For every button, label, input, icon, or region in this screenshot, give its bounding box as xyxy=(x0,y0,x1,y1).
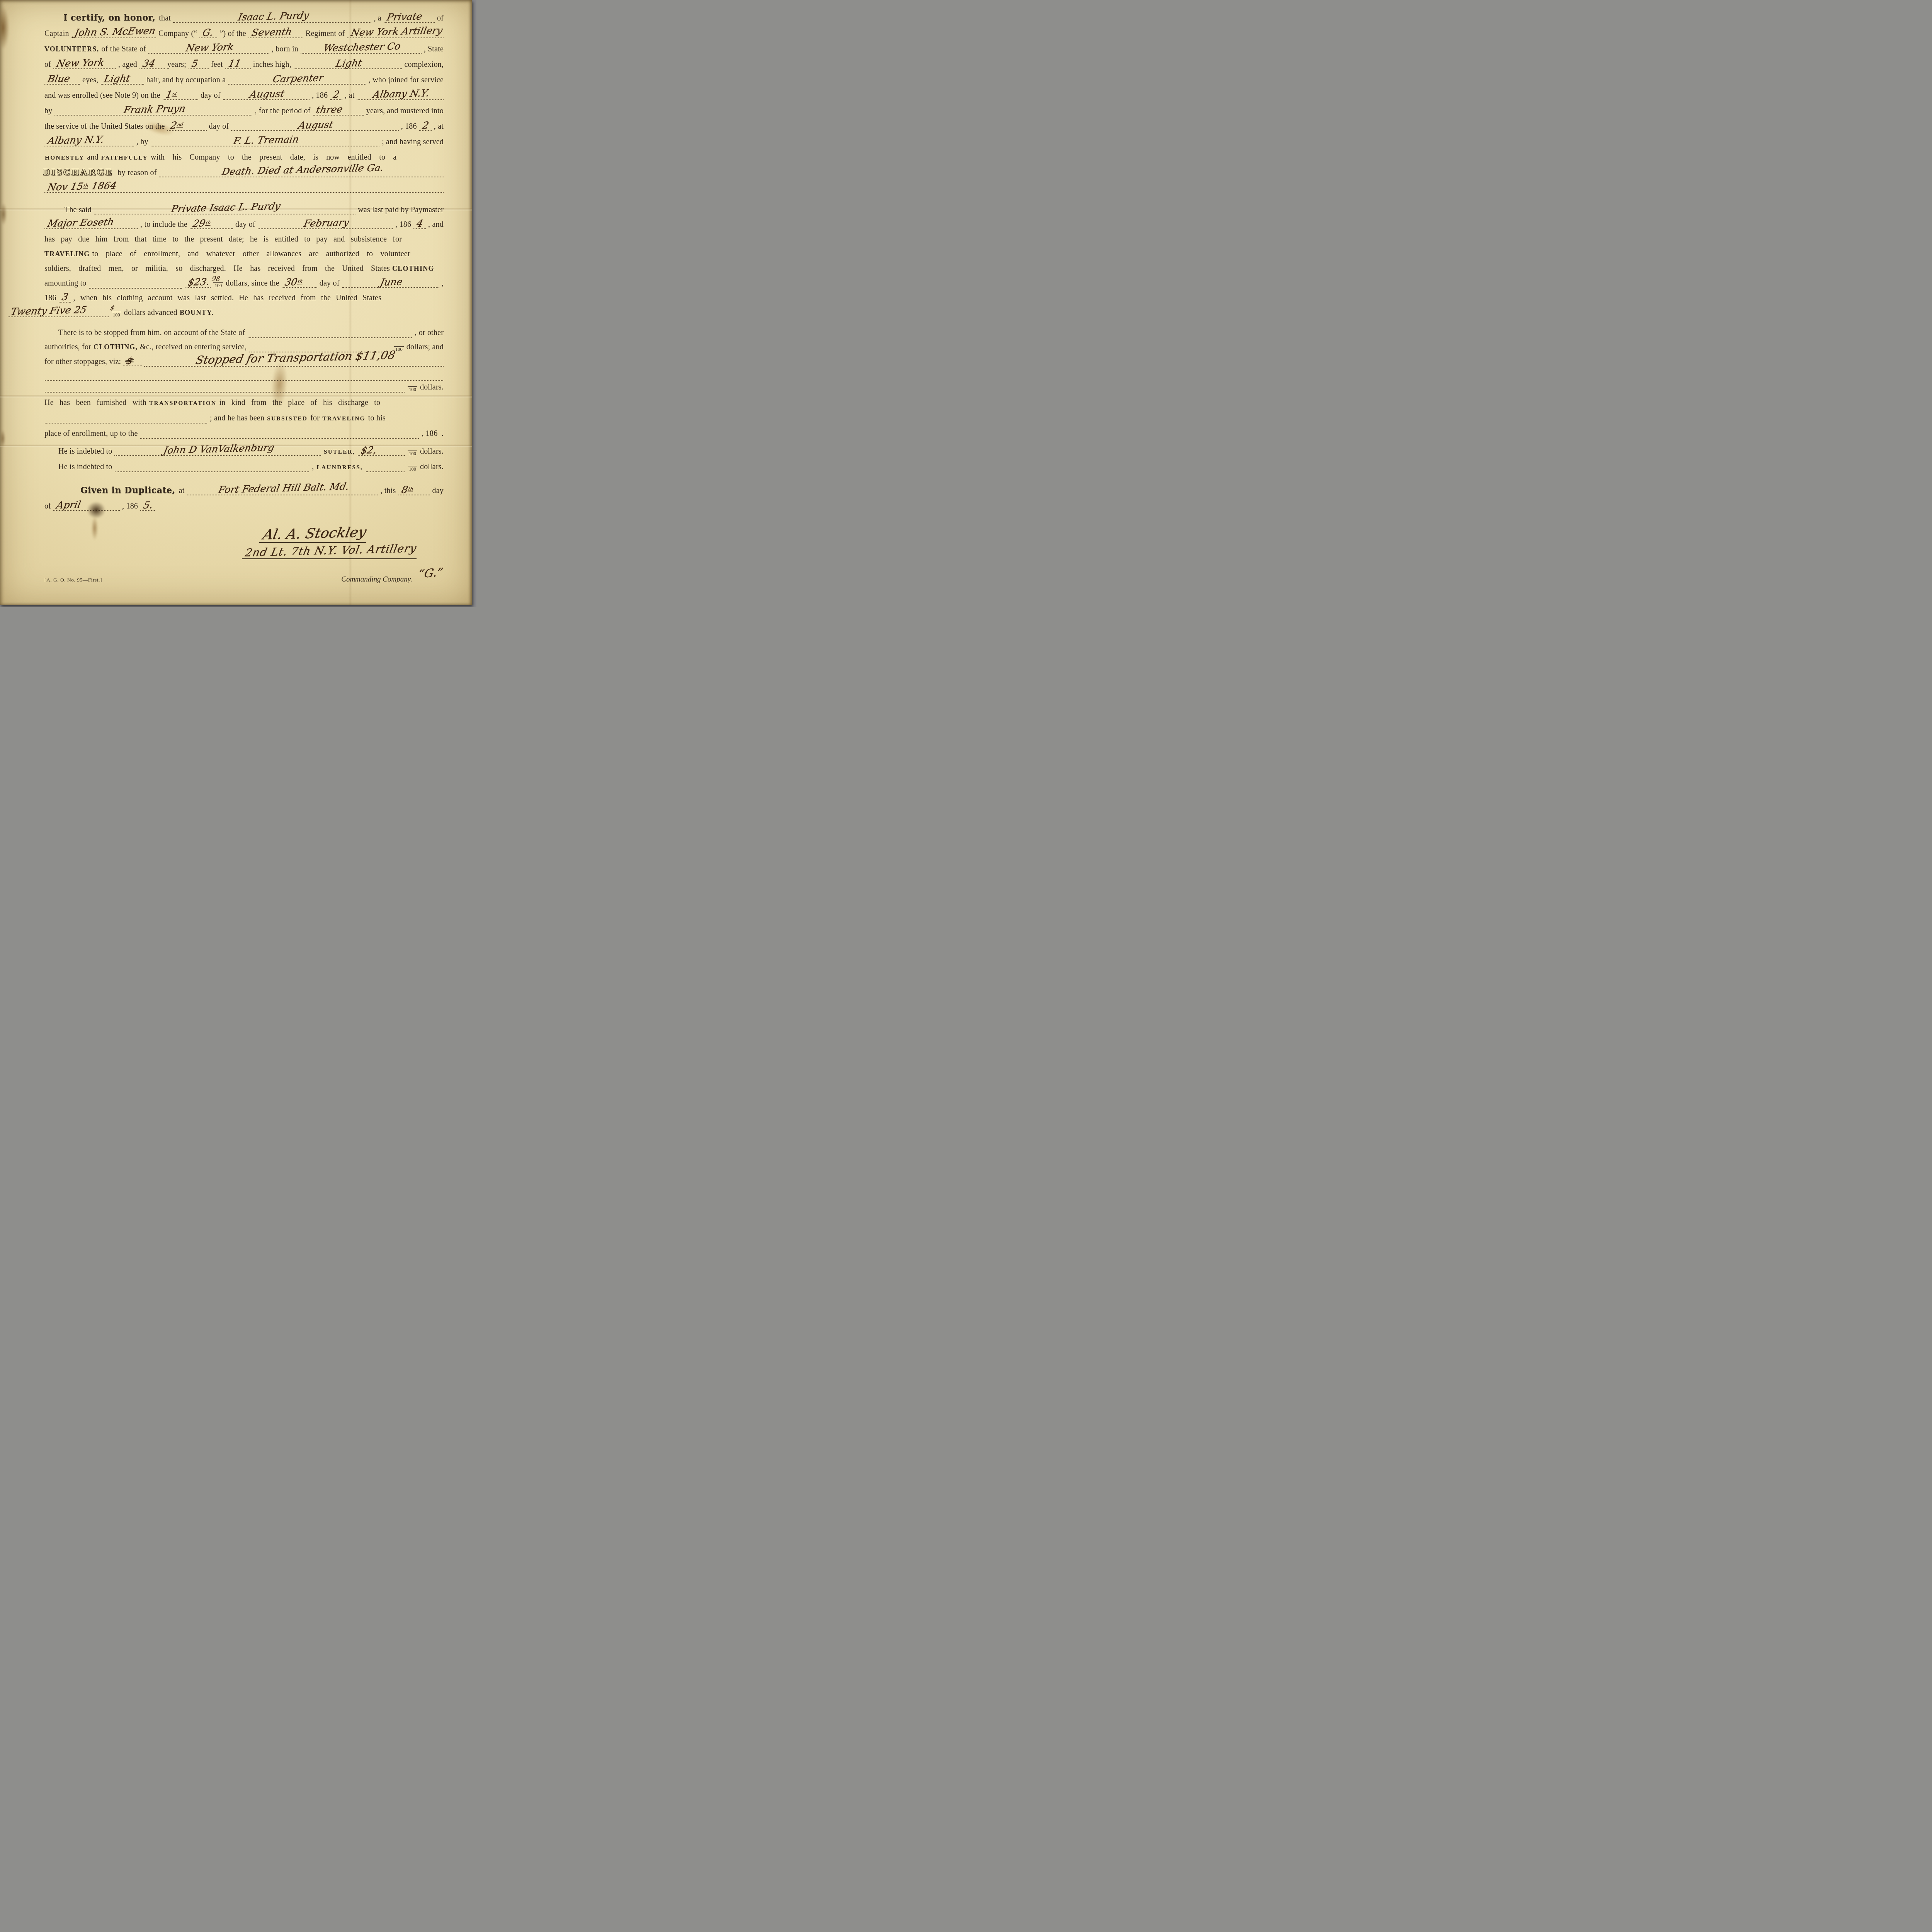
line-2-0: There is to be stopped from him, on acco… xyxy=(43,325,445,339)
print-text: ; and he has been xyxy=(210,414,264,423)
hw-main: Westchester Co xyxy=(323,41,402,54)
certify-paragraph: I certify, on honor,thatIsaac L. Purdy, … xyxy=(43,10,445,196)
print-text: of xyxy=(437,14,444,23)
print-text: inches high, xyxy=(253,60,291,69)
mustering-officer: F. L. Tremain xyxy=(151,136,379,146)
handwriting-text: $23. xyxy=(187,277,211,287)
hw-main: Seventh xyxy=(250,26,293,38)
print-text: The said xyxy=(65,206,92,214)
hw-main: Isaac L. Purdy xyxy=(237,10,310,23)
fraction-denominator: 100 xyxy=(408,466,417,472)
blank-line: ​ xyxy=(45,414,207,423)
print-text: Company (“ xyxy=(158,29,197,38)
issue-paragraph: Given in Duplicate,atFort Federal Hill B… xyxy=(43,483,445,514)
fraction-denominator: 100 xyxy=(408,451,417,456)
pay-paragraph: The saidPrivate Isaac L. Purdywas last p… xyxy=(43,202,445,319)
line-0-8: Albany N.Y., byF. L. Tremain; and having… xyxy=(43,134,445,149)
print-text: Captain xyxy=(44,29,69,38)
hw-main: February xyxy=(303,217,350,229)
handwriting-text: Light xyxy=(103,73,131,84)
blank-line: ​ xyxy=(45,383,405,393)
print-text: ; and having served xyxy=(382,138,444,146)
handwriting-text: 11 xyxy=(228,58,242,68)
hw-main: Private xyxy=(386,11,423,23)
discharge-reason: Death. Died at Andersonville Ga. xyxy=(159,167,444,177)
hw-main: 29 xyxy=(192,218,207,229)
line-1-3: TRAVELINGto place of enrollment, and wha… xyxy=(43,246,445,260)
said-soldier: Private Isaac L. Purdy xyxy=(94,204,355,214)
complexion: Light xyxy=(294,59,402,69)
handwriting-text: Major Eoseth xyxy=(47,217,115,228)
issue-day: 8th xyxy=(398,485,430,495)
handwriting-text: New York xyxy=(56,58,105,68)
print-text: at xyxy=(179,486,185,495)
eye-color: Blue xyxy=(44,74,80,85)
print-text: , aged xyxy=(118,60,137,69)
clothing2-label: CLOTHING, xyxy=(94,343,138,351)
line-2-5: He has been furnished withTRANSPORTATION… xyxy=(43,395,445,410)
issue-year-digit: 5. xyxy=(140,500,155,511)
print-text: dollars; and xyxy=(406,343,444,352)
print-text: complexion, xyxy=(404,60,444,69)
print-text: , 186 xyxy=(122,502,138,511)
print-text: eyes, xyxy=(82,76,99,85)
handwriting-text: Al. A. Stockley xyxy=(262,526,367,542)
line-0-6: byFrank Pruyn, for the period ofthreeyea… xyxy=(43,103,445,118)
handwriting-text: Albany N.Y. xyxy=(372,88,430,99)
print-text: , or other xyxy=(415,328,444,337)
handwriting-text: Nov 15th 1864 xyxy=(47,180,117,192)
print-text: , for the period of xyxy=(255,107,310,116)
hw-main: John D VanValkenburg xyxy=(163,442,276,456)
enrolling-officer: Frank Pruyn xyxy=(54,105,252,116)
handwriting-text: 2 xyxy=(422,121,430,130)
state: New York xyxy=(148,43,269,54)
blank-line: ​ xyxy=(89,279,182,289)
muster-year-digit: 2 xyxy=(419,121,432,131)
print-text: dollars, since the xyxy=(226,279,279,288)
fraction-denominator: 100 xyxy=(408,386,417,392)
print-text: He is indebted to xyxy=(58,447,112,456)
fraction-100: 100 xyxy=(408,447,417,456)
print-text: to his xyxy=(368,414,386,423)
blank-line: ​ xyxy=(115,463,309,472)
print-text: , State xyxy=(424,45,444,54)
print-text: 186 xyxy=(44,294,56,303)
paymaster: Major Eoseth xyxy=(44,219,138,229)
line-0-3: ofNew York, aged34years;5feet11inches hi… xyxy=(43,56,445,72)
handwriting-text: April xyxy=(56,500,82,510)
hw-main: Frank Pruyn xyxy=(123,103,187,116)
handwriting-text: $2, xyxy=(360,445,378,455)
print-text: , when his clothing account was last set… xyxy=(73,294,382,303)
faithfully-label: FAITHFULLY xyxy=(101,155,148,162)
ordinal-suffix: nd xyxy=(176,122,184,128)
print-text: , born in xyxy=(272,45,298,54)
enroll-year-digit: 2 xyxy=(330,90,342,100)
print-text: , xyxy=(312,463,314,471)
ordinal-suffix: th xyxy=(297,279,304,284)
hw-main: Albany N.Y. xyxy=(47,134,105,146)
print-text: feet xyxy=(211,60,223,69)
hw-main: 5 xyxy=(191,58,199,69)
line-5-0: [A. G. O. No. 95—First.]Commanding Compa… xyxy=(43,571,445,584)
print-text: by reason of xyxy=(117,168,156,177)
handwriting-text: Light xyxy=(335,58,363,68)
line-2-2: for other stoppages, viz:$Stopped for Tr… xyxy=(43,353,445,367)
hw-main: Light xyxy=(335,57,363,69)
print-text: to place of enrollment, and whatever oth… xyxy=(92,250,410,259)
handwriting-text: 8th xyxy=(401,485,415,495)
honestly-label: HONESTLY xyxy=(45,155,84,162)
hw-main: New York xyxy=(185,41,235,54)
fraction-100: 100 xyxy=(408,463,417,471)
print-text: , 186 xyxy=(312,91,328,100)
handwriting-text: $ xyxy=(126,356,134,366)
rank: Private xyxy=(384,12,435,23)
print-text: , this xyxy=(380,486,396,495)
print-text: that xyxy=(159,14,171,23)
enroll-place: Albany N.Y. xyxy=(357,90,444,100)
hw-main: Major Eoseth xyxy=(47,216,115,229)
hw-main: Light xyxy=(103,73,131,85)
print-text: of the State of xyxy=(101,45,146,54)
print-text: day of xyxy=(320,279,340,288)
print-text: dollars. xyxy=(420,447,444,456)
fraction-100: 100 xyxy=(408,383,417,392)
hw-main: 4 xyxy=(416,218,424,229)
commanding-company-letter: “G.” xyxy=(415,572,444,584)
hw-main: June xyxy=(379,276,404,288)
handwriting-text: Westchester Co xyxy=(323,41,401,53)
signature-title: 2nd Lt. 7th N.Y. Vol. Artillery xyxy=(242,548,417,559)
clothing-cents: 98100 xyxy=(213,279,223,288)
hw-main: New York xyxy=(56,57,105,69)
line-0-2: VOLUNTEERS,of the State ofNew York, born… xyxy=(43,41,445,56)
hw-main: Death. Died at Andersonville Ga. xyxy=(221,162,384,177)
handwriting-text: G. xyxy=(202,27,214,37)
hw-main: three xyxy=(315,104,344,116)
hw-main: 34 xyxy=(142,58,156,69)
line-2-7: place of enrollment, up to the​, 186 . xyxy=(43,425,445,441)
commanding-company-label: Commanding Company. xyxy=(341,575,412,584)
soldier-name: Isaac L. Purdy xyxy=(173,12,371,23)
print-text: years, and mustered into xyxy=(366,107,444,116)
handwriting-text: Death. Died at Andersonville Ga. xyxy=(221,163,385,177)
handwriting-text: John D VanValkenburg xyxy=(163,443,275,455)
line-1-1: Major Eoseth, to include the29thday ofFe… xyxy=(43,216,445,231)
print-text: years; xyxy=(167,60,186,69)
handwriting-text: Isaac L. Purdy xyxy=(237,10,310,22)
bounty-label: BOUNTY. xyxy=(180,309,214,317)
ordinal-suffix: th xyxy=(407,486,414,492)
line-0-11: Nov 15th 1864 xyxy=(43,180,445,196)
print-text: , to include the xyxy=(140,220,187,229)
hw-main: “G.” xyxy=(417,566,444,581)
line-2-4: ​100dollars. xyxy=(43,379,445,392)
certify-heading: I certify, on honor, xyxy=(63,13,155,23)
handwriting-text: 5. xyxy=(143,500,154,510)
ordinal-suffix: st xyxy=(172,91,178,97)
print-text: &c., received on entering service, xyxy=(140,343,247,352)
line-2-8: He is indebted toJohn D VanValkenburgSUT… xyxy=(43,443,445,459)
stoppage-note: Stopped for Transportation $11,08 xyxy=(144,355,444,367)
hw-main: 2 xyxy=(332,89,341,100)
age: 34 xyxy=(139,59,165,69)
form-number: [A. G. O. No. 95—First.] xyxy=(44,577,102,583)
hw-main: 11 xyxy=(227,58,242,69)
handwriting-text: 2nd xyxy=(170,120,185,130)
line-0-7: the service of the United States on the2… xyxy=(43,118,445,134)
handwriting-text: New York xyxy=(185,42,235,53)
sutler-label: SUTLER, xyxy=(324,449,355,456)
print-text: dollars. xyxy=(420,463,444,471)
issue-place: Fort Federal Hill Balt. Md. xyxy=(187,485,378,495)
line-4-1: 2nd Lt. 7th N.Y. Vol. Artillery xyxy=(43,546,418,564)
line-0-1: CaptainJohn S. McEwenCompany (“G.”) of t… xyxy=(43,26,445,41)
document-content: I certify, on honor,thatIsaac L. Purdy, … xyxy=(0,0,467,584)
discharge-label: DISCHARGE xyxy=(43,167,113,178)
print-text: has pay due him from that time to the pr… xyxy=(44,235,402,244)
line-2-6: ​; and he has beenSUBSISTEDforTRAVELINGt… xyxy=(43,410,445,425)
print-text: , by xyxy=(136,138,148,146)
paper-sheet: I certify, on honor,thatIsaac L. Purdy, … xyxy=(0,0,472,605)
enroll-month: August xyxy=(223,90,310,100)
blank-line: ​ xyxy=(248,328,412,338)
crossed-out-dollar: $ xyxy=(123,356,142,366)
hw-main: Al. A. Stockley xyxy=(261,524,367,543)
line-0-10: DISCHARGEby reason ofDeath. Died at Ande… xyxy=(43,165,445,180)
handwriting-text: 4 xyxy=(416,219,424,228)
ordinal-suffix: th xyxy=(205,220,212,226)
handwriting-text: August xyxy=(249,89,286,99)
sutler-name: John D VanValkenburg xyxy=(114,446,321,456)
print-text: There is to be stopped from him, on acco… xyxy=(58,328,245,337)
line-0-0: I certify, on honor,thatIsaac L. Purdy, … xyxy=(43,10,445,26)
muster-place: Albany N.Y. xyxy=(44,136,134,146)
print-text: of xyxy=(44,60,51,69)
scanned-document-page: I certify, on honor,thatIsaac L. Purdy, … xyxy=(0,0,476,607)
line-1-7: Twenty Five 25$100dollars advancedBOUNTY… xyxy=(7,304,445,319)
hw-main: Private Isaac L. Purdy xyxy=(170,201,282,214)
handwriting-text: Carpenter xyxy=(272,73,325,84)
fraction-denominator: 100 xyxy=(213,282,223,288)
print-text: soldiers, drafted men, or militia, so di… xyxy=(44,264,390,273)
footer-row: [A. G. O. No. 95—First.]Commanding Compa… xyxy=(43,571,445,584)
handwriting-text: Private xyxy=(386,12,423,22)
stoppage-paragraph: There is to be stopped from him, on acco… xyxy=(43,325,445,474)
print-text: dollars. xyxy=(420,383,444,392)
laundress-label: LAUNDRESS, xyxy=(316,464,363,471)
handwriting-text: Fort Federal Hill Balt. Md. xyxy=(218,481,350,495)
print-text: of xyxy=(44,502,51,511)
line-3-1: ofApril, 1865. xyxy=(43,498,445,514)
hw-main: August xyxy=(249,88,286,100)
print-text: for xyxy=(310,414,320,423)
muster-month: August xyxy=(231,121,398,131)
handwriting-text: 2 xyxy=(332,90,340,99)
blank-line: ​ xyxy=(366,463,405,472)
issue-month: April xyxy=(53,500,120,511)
clothing-amount: $23. xyxy=(185,277,211,288)
handwriting-text: three xyxy=(315,104,344,115)
signature-name: Al. A. Stockley xyxy=(259,528,366,543)
print-text: with his Company to the present date, is… xyxy=(151,153,397,162)
print-text: dollars advanced xyxy=(124,308,177,317)
hw-main: $ xyxy=(126,355,134,366)
print-text: day of xyxy=(209,122,229,131)
hw-main: F. L. Tremain xyxy=(233,134,300,146)
paid-year-digit: 4 xyxy=(413,219,426,229)
hw-main: $2, xyxy=(360,444,378,456)
handwriting-text: 5 xyxy=(191,59,199,68)
given-in-duplicate-heading: Given in Duplicate, xyxy=(80,485,175,495)
print-text: , at xyxy=(434,122,444,131)
bounty-amount: Twenty Five 25 xyxy=(8,307,109,317)
print-text: , and xyxy=(428,220,444,229)
print-text: place of enrollment, up to the xyxy=(44,429,138,438)
print-text: in kind from the place of his discharge … xyxy=(219,398,380,407)
clothing-month: June xyxy=(342,277,439,288)
signature-block: Al. A. Stockley2nd Lt. 7th N.Y. Vol. Art… xyxy=(43,527,445,564)
fraction-denominator: 100 xyxy=(112,312,121,318)
handwriting-text: Blue xyxy=(47,74,71,84)
volunteers-label: VOLUNTEERS, xyxy=(44,45,99,53)
hw-main: 5. xyxy=(143,499,154,511)
handwriting-text: 29th xyxy=(192,218,212,228)
bounty-cents: $100 xyxy=(112,308,121,317)
print-text: day of xyxy=(201,91,221,100)
handwriting-text: 30th xyxy=(284,277,304,287)
muster-day: 2nd xyxy=(167,121,207,131)
line-1-4: soldiers, drafted men, or militia, so di… xyxy=(43,260,445,275)
line-0-4: Blueeyes,Lighthair, and by occupation aC… xyxy=(43,72,445,87)
hw-main: April xyxy=(56,499,82,511)
line-3-0: Given in Duplicate,atFort Federal Hill B… xyxy=(43,483,445,498)
print-text: by xyxy=(44,107,52,116)
hw-main: Twenty Five 25 xyxy=(10,304,88,317)
print-text: , 186 . xyxy=(422,429,444,438)
height-inches: 11 xyxy=(225,59,251,69)
print-text: , a xyxy=(374,14,381,23)
print-text: was last paid by Paymaster xyxy=(358,206,444,214)
line-1-5: amounting to​$23.98100dollars, since the… xyxy=(43,275,445,290)
line-4-0: Al. A. Stockley xyxy=(43,527,367,546)
handwriting-text: Private Isaac L. Purdy xyxy=(170,201,281,214)
transportation-label: TRANSPORTATION xyxy=(149,400,216,407)
print-text: , 186 xyxy=(395,220,411,229)
print-text: authorities, for xyxy=(44,343,91,352)
hw-main: $23. xyxy=(187,276,211,288)
hw-main: Albany N.Y. xyxy=(372,87,430,100)
regiment-name: New York Artillery xyxy=(347,28,444,38)
print-text: for other stoppages, viz: xyxy=(44,357,121,366)
print-text: , who joined for service xyxy=(369,76,444,85)
hair-color: Light xyxy=(101,74,144,85)
handwriting-text: Albany N.Y. xyxy=(47,134,105,146)
print-text: and was enrolled (see Note 9) on the xyxy=(44,91,160,100)
hw-main: 2 xyxy=(421,120,430,131)
clothing-day: 30th xyxy=(282,277,317,288)
line-0-5: and was enrolled (see Note 9) on the1std… xyxy=(43,87,445,103)
hw-main: G. xyxy=(202,27,214,38)
line-2-9: He is indebted to​,LAUNDRESS,​100dollars… xyxy=(43,459,445,474)
print-text: amounting to xyxy=(44,279,87,288)
handwriting-text: Frank Pruyn xyxy=(123,104,187,115)
hw-main: Blue xyxy=(47,73,71,85)
hw-main: John S. McEwen xyxy=(73,25,156,38)
captain-name: John S. McEwen xyxy=(71,28,156,38)
handwriting-text: New York Artillery xyxy=(350,26,444,37)
line-1-0: The saidPrivate Isaac L. Purdywas last p… xyxy=(43,202,445,216)
handwriting-text: John S. McEwen xyxy=(74,26,156,37)
print-text: Regiment of xyxy=(306,29,345,38)
line-1-6: 1863, when his clothing account was last… xyxy=(43,290,445,304)
handwriting-text: 3 xyxy=(61,292,69,302)
print-text: day of xyxy=(235,220,255,229)
line-2-3: ​ xyxy=(43,367,445,379)
birthplace: Westchester Co xyxy=(301,43,422,54)
paid-day: 29th xyxy=(190,219,233,229)
clothing-year-digit: 3 xyxy=(59,292,71,303)
birth-state: New York xyxy=(53,59,116,69)
handwriting-text: 34 xyxy=(142,58,156,68)
death-date: Nov 15th 1864 xyxy=(44,182,444,193)
company-letter: G. xyxy=(199,28,217,38)
print-text: day xyxy=(432,486,444,495)
print-text: the service of the United States on the xyxy=(44,122,165,131)
blank-line: ​ xyxy=(45,371,443,381)
occupation: Carpenter xyxy=(228,74,366,85)
hw-main: Carpenter xyxy=(272,72,325,85)
hw-main: New York Artillery xyxy=(350,25,444,38)
hw-main: 3 xyxy=(61,291,69,303)
service-period: three xyxy=(313,105,364,116)
handwriting-text: Seventh xyxy=(251,27,293,37)
traveling-label: TRAVELING xyxy=(44,250,90,258)
subsisted-label: SUBSISTED xyxy=(267,415,308,422)
hw-main: Fort Federal Hill Balt. Md. xyxy=(218,481,350,495)
handwriting-text: June xyxy=(379,277,403,287)
hw-main: August xyxy=(298,119,335,131)
regiment-number: Seventh xyxy=(248,28,303,38)
blank-line: ​ xyxy=(140,429,419,439)
clothing-label: CLOTHING xyxy=(392,265,434,273)
print-text: , at xyxy=(345,91,354,100)
handwriting-text: February xyxy=(303,218,350,228)
paid-month: February xyxy=(258,219,393,229)
print-text: ”) of the xyxy=(219,29,246,38)
fraction-numerator: 98 xyxy=(211,275,221,283)
sutler-amount: $2, xyxy=(358,446,405,456)
line-1-2: has pay due him from that time to the pr… xyxy=(43,231,445,246)
handwriting-text: Twenty Five 25 xyxy=(10,305,87,316)
hw-main: 30 xyxy=(284,276,298,288)
hw-main: Nov 15 xyxy=(47,181,84,193)
print-text: hair, and by occupation a xyxy=(146,76,226,85)
handwriting-text: F. L. Tremain xyxy=(233,134,300,146)
fraction-numerator: $ xyxy=(109,304,115,312)
handwriting-text: “G.” xyxy=(417,567,444,580)
print-text: and xyxy=(87,153,98,162)
enroll-day: 1st xyxy=(163,90,198,100)
print-text: He has been furnished with xyxy=(44,398,146,407)
traveling2-label: TRAVELING xyxy=(322,415,366,422)
handwriting-text: 1st xyxy=(165,89,178,99)
height-feet: 5 xyxy=(189,59,209,69)
hw-post: 1864 xyxy=(88,180,118,192)
print-text: , xyxy=(442,279,444,288)
